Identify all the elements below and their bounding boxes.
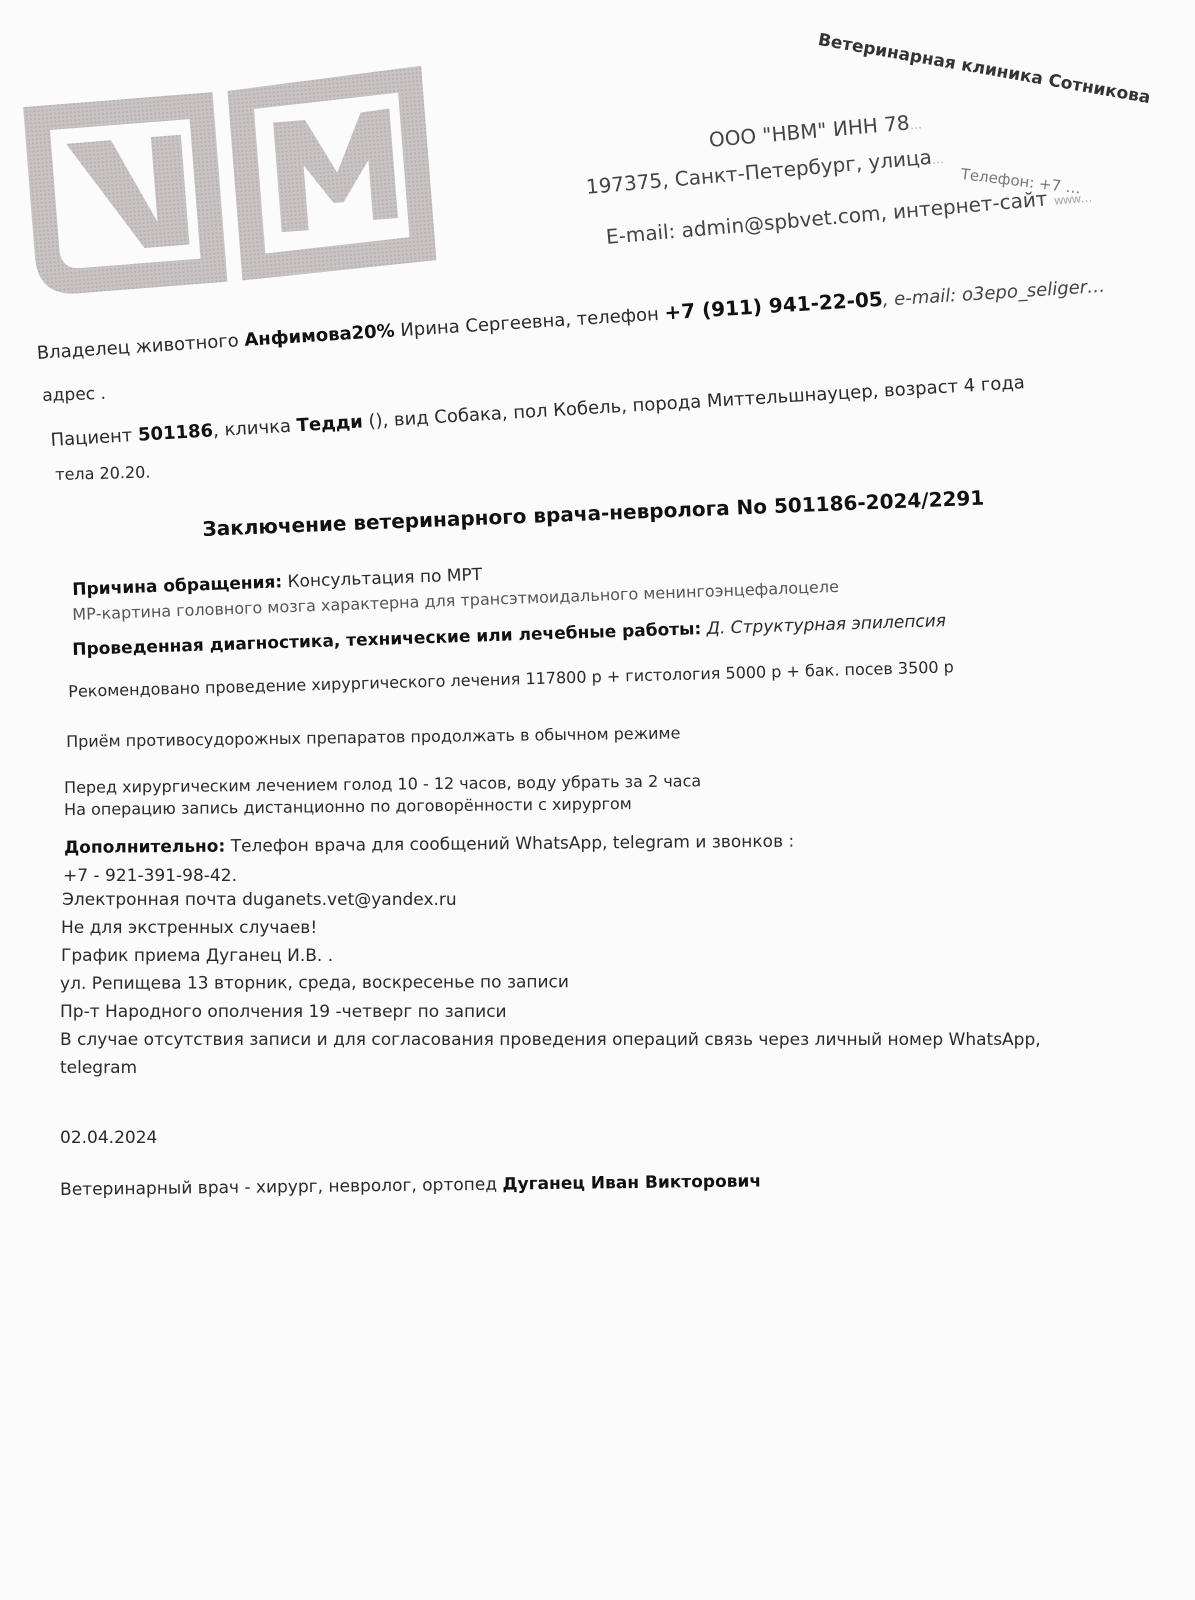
address-faded: … xyxy=(931,152,943,167)
doctor-email: Электронная почта duganets.vet@yandex.ru xyxy=(62,890,457,910)
patient-label: Пациент xyxy=(50,425,133,451)
doctor-phone: +7 - 921-391-98-42. xyxy=(63,866,237,886)
reason-value: Консультация по МРТ xyxy=(282,565,483,592)
clinic-website: www… xyxy=(1053,191,1092,208)
clinic-logo xyxy=(10,35,448,307)
schedule-location-2: Пр-т Народного ополчения 19 -четверг по … xyxy=(60,1002,507,1022)
signature-line: Ветеринарный врач - хирург, невролог, ор… xyxy=(60,1171,761,1200)
org-line: ООО "НВМ" ИНН 78… xyxy=(708,110,921,152)
medication-note: Приём противосудорожных препаратов продо… xyxy=(66,723,681,751)
contact-note-cont: telegram xyxy=(60,1058,137,1078)
contact-note: В случае отсутствия записи и для согласо… xyxy=(60,1030,1041,1050)
owner-phone: +7 (911) 941-22-05 xyxy=(664,287,884,325)
patient-name-label: , кличка xyxy=(212,416,291,442)
org-inn: ООО "НВМ" ИНН 78 xyxy=(708,110,911,151)
schedule-location-1: ул. Репищева 13 вторник, среда, воскресе… xyxy=(60,972,569,994)
org-faded: … xyxy=(909,117,921,132)
extra-text: Телефон врача для сообщений WhatsApp, te… xyxy=(225,832,794,857)
email-line: E-mail: admin@spbvet.com, интернет-сайт … xyxy=(605,183,1092,249)
document-date: 02.04.2024 xyxy=(60,1128,157,1148)
clinic-address: 197375, Санкт-Петербург, улица xyxy=(585,145,933,199)
address-line: 197375, Санкт-Петербург, улица… xyxy=(585,144,944,199)
recommendation: Рекомендовано проведение хирургического … xyxy=(68,657,954,701)
patient-weight: тела 20.20. xyxy=(55,463,151,484)
owner-label: Владелец животного xyxy=(36,330,239,364)
extra-line: Дополнительно: Телефон врача для сообщен… xyxy=(64,832,794,858)
owner-surname: Анфимова20% xyxy=(244,320,396,350)
signature-role: Ветеринарный врач - хирург, невролог, ор… xyxy=(60,1175,503,1200)
owner-email: , e-mail: о3еро_seliger… xyxy=(882,276,1106,311)
prep-note-booking: На операцию запись дистанционно по догов… xyxy=(64,794,632,819)
vm-logo-icon xyxy=(10,35,448,307)
document-title: Заключение ветеринарного врача-невролога… xyxy=(202,486,985,541)
not-emergency-note: Не для экстренных случаев! xyxy=(61,918,317,938)
diagnostics-label: Проведенная диагностика, технические или… xyxy=(72,619,702,660)
patient-line: Пациент 501186, кличка Тедди (), вид Соб… xyxy=(50,372,1025,451)
patient-id: 501186 xyxy=(137,420,213,445)
clinic-name: Ветеринарная клиника Сотникова xyxy=(817,30,1152,108)
prep-note-fasting: Перед хирургическим лечением голод 10 - … xyxy=(64,771,701,797)
patient-name: Тедди xyxy=(296,411,363,436)
diagnosis-value: Д. Структурная эпилепсия xyxy=(701,611,946,639)
schedule-title: График приема Дуганец И.В. . xyxy=(61,946,333,966)
signature-name: Дуганец Иван Викторович xyxy=(502,1171,761,1194)
owner-address: адрес . xyxy=(42,384,106,406)
owner-name: Ирина Сергеевна, телефон xyxy=(400,304,660,341)
reason-label: Причина обращения: xyxy=(72,572,283,600)
extra-label: Дополнительно: xyxy=(64,837,225,858)
patient-details: (), вид Собака, пол Кобель, порода Митте… xyxy=(362,372,1025,432)
clinic-email: E-mail: admin@spbvet.com, интернет-сайт xyxy=(605,186,1048,249)
